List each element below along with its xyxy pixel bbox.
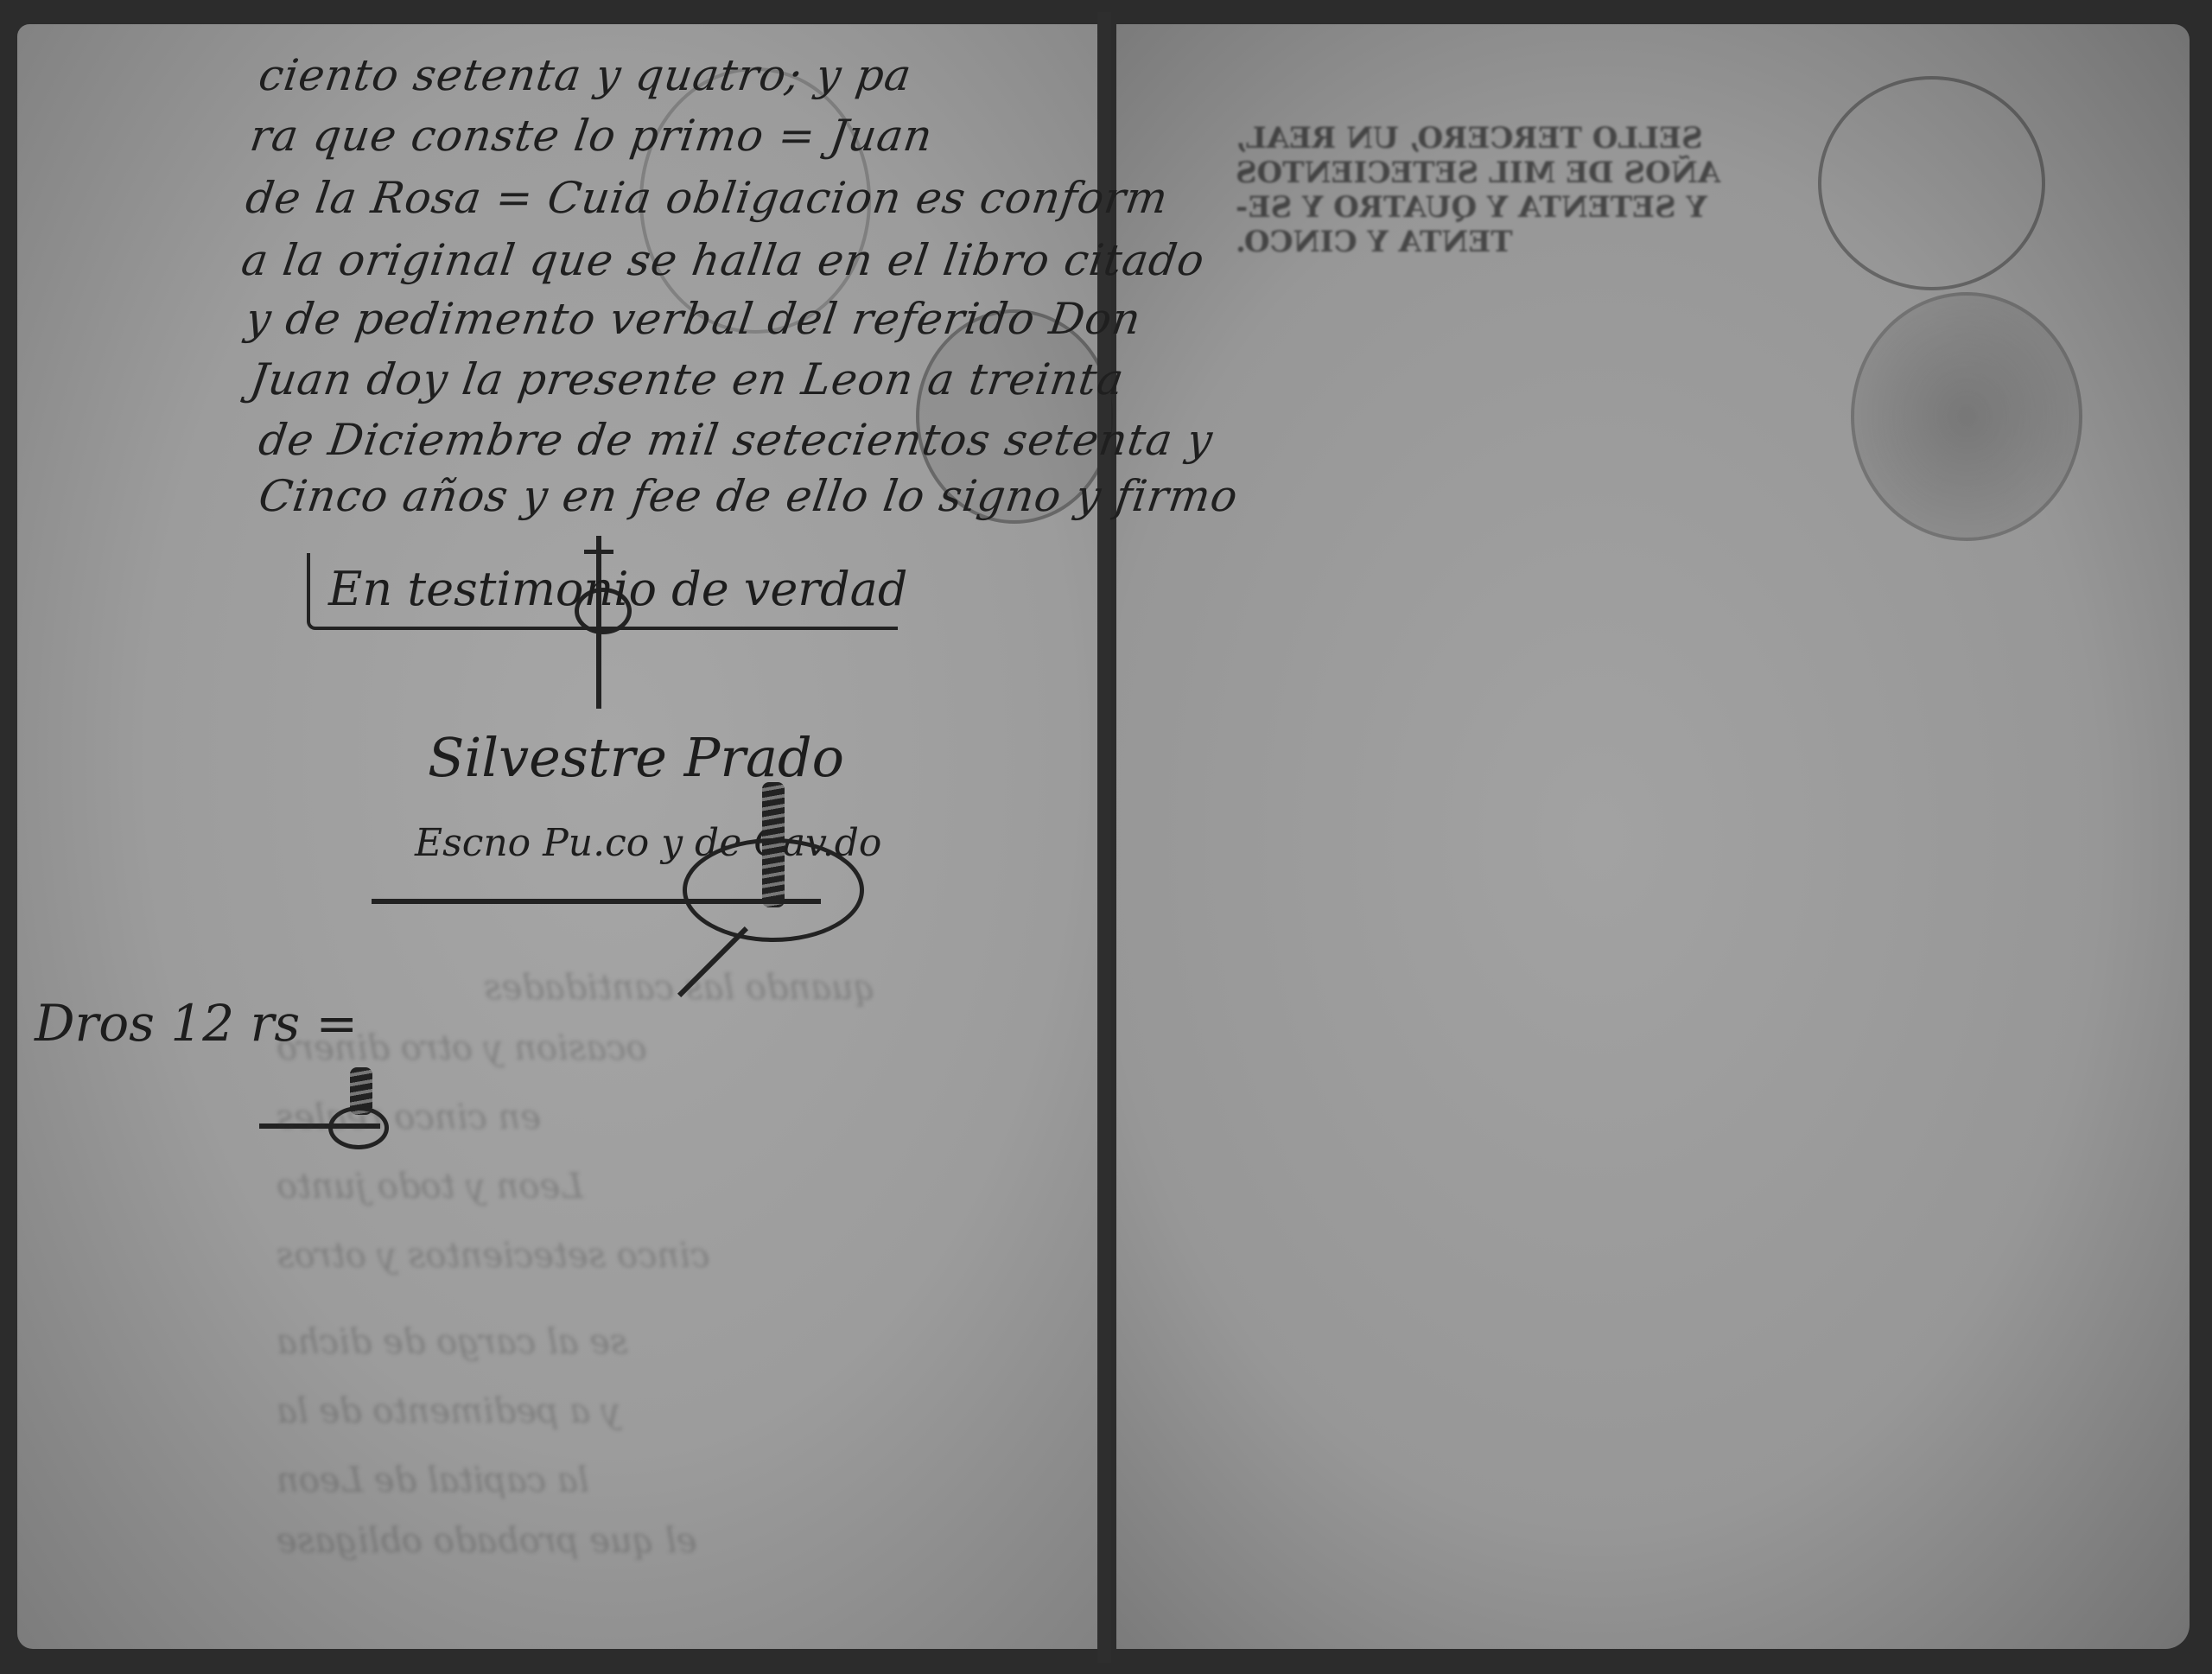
manuscript-line: ra que conste lo primo = Juan bbox=[247, 111, 936, 161]
bleed-through-line: el que probado obligase bbox=[276, 1521, 697, 1561]
bleed-through-line: la capital de Leon bbox=[276, 1461, 589, 1500]
fingerprint-seal-icon bbox=[1851, 292, 2082, 541]
bleed-through-line: en cinco reales bbox=[276, 1098, 541, 1137]
bleed-through-line: ocasion y otro dinero bbox=[276, 1028, 647, 1068]
header-line: TENTA Y CINCO. bbox=[1236, 225, 1754, 259]
manuscript-line: ciento setenta y quatro; y pa bbox=[256, 50, 915, 100]
scan-background: SELLO TERCERO, UN REAL, AÑOS DE MIL SETE… bbox=[0, 0, 2212, 1674]
manuscript-line: Cinco años y en fee de ello lo signo y f… bbox=[256, 471, 1242, 521]
attestation-text: En testimonio de verdad bbox=[328, 562, 907, 616]
rubric-loop-icon bbox=[683, 838, 864, 942]
manuscript-line: a la original que se halla en el libro c… bbox=[238, 235, 1208, 285]
right-page bbox=[1116, 24, 2190, 1649]
bleed-through-line: cinco setecientos y otros bbox=[276, 1236, 709, 1276]
header-line: SELLO TERCERO, UN REAL, bbox=[1236, 121, 1754, 156]
royal-seal-icon bbox=[1818, 76, 2045, 290]
manuscript-line: Juan doy la presente en Leon a treinta bbox=[247, 354, 1128, 404]
manuscript-line: de la Rosa = Cuia obligacion es conform bbox=[243, 173, 1172, 223]
bleed-through-line: y a pedimento de la bbox=[276, 1391, 620, 1431]
bleed-through-line: quando las cantidades bbox=[484, 968, 875, 1008]
header-line: AÑOS DE MIL SETECIENTOS bbox=[1236, 156, 1754, 190]
manuscript-line: y de pedimento verbal del referido Don bbox=[243, 294, 1144, 344]
rubric-flourish bbox=[372, 899, 821, 904]
stamped-paper-header: SELLO TERCERO, UN REAL, AÑOS DE MIL SETE… bbox=[1236, 121, 1754, 259]
header-line: Y SETENTA Y QUATRO Y SE- bbox=[1236, 190, 1754, 225]
manuscript-line: de Diciembre de mil setecientos setenta … bbox=[256, 415, 1217, 465]
notary-signature: Silvestre Prado bbox=[428, 726, 844, 789]
bleed-through-line: Leon y todo junto bbox=[276, 1167, 583, 1206]
bleed-through-line: se al cargo de dicha bbox=[276, 1322, 627, 1362]
